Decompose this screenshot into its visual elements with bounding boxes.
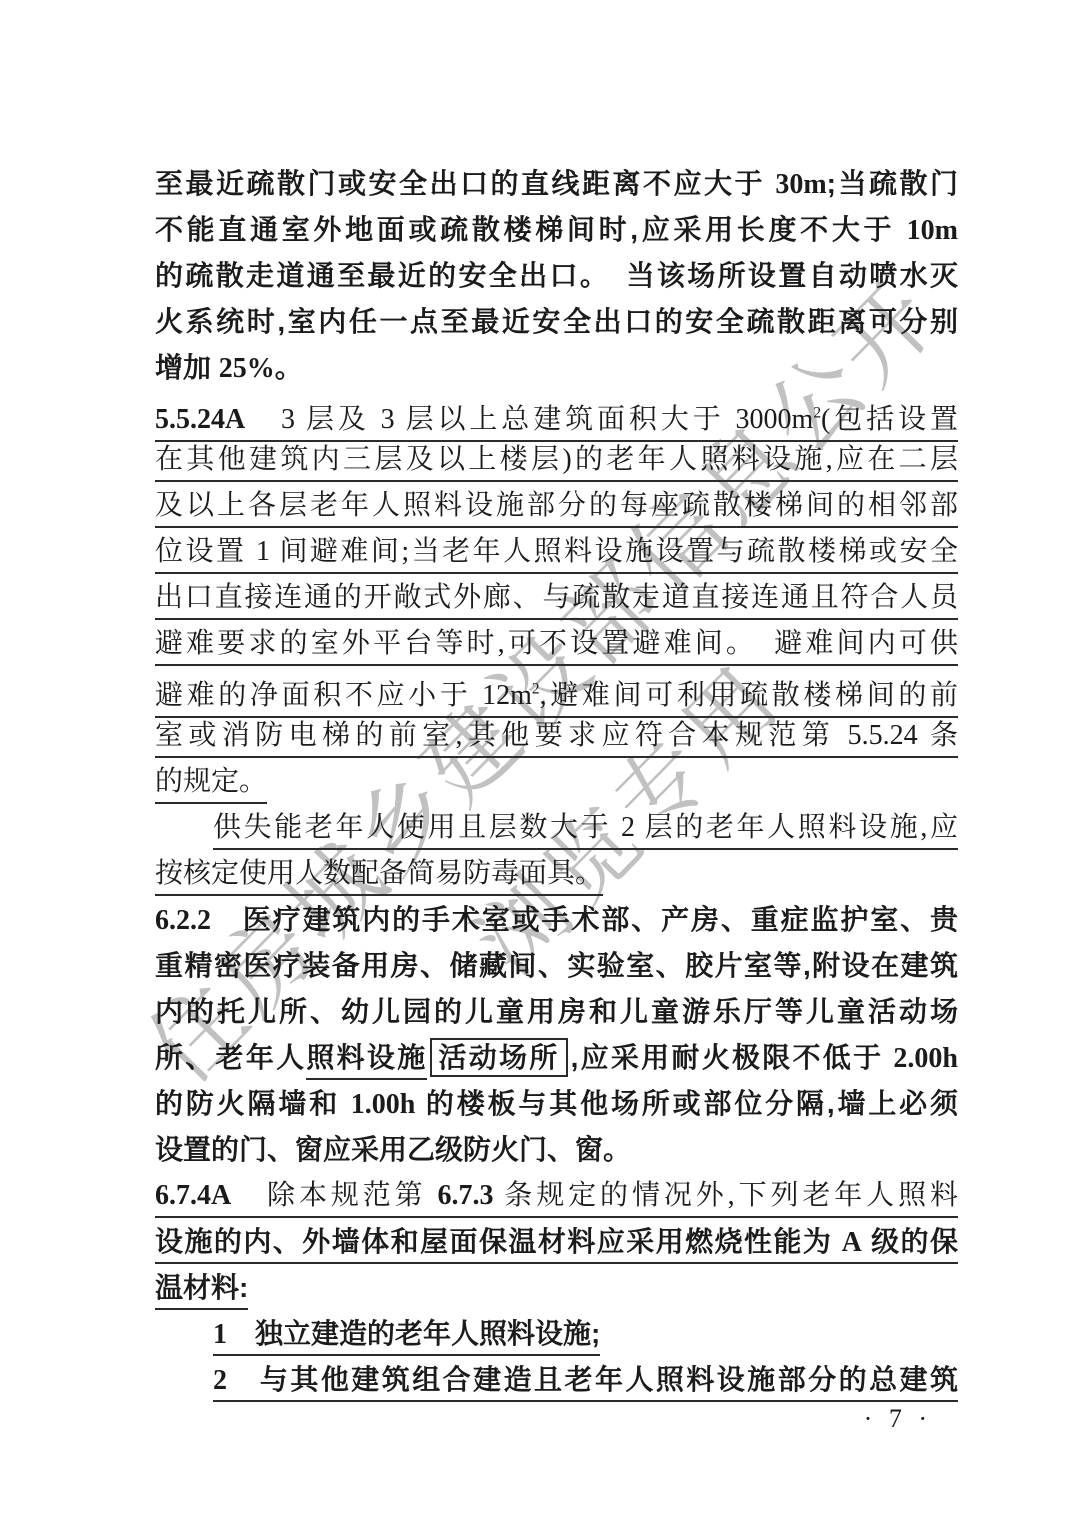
text-line: 重精密医疗装备用房、储藏间、实验室、胶片室等,附设在建筑	[155, 943, 958, 989]
text-run: ,避难间可利用疏散楼梯间的前	[540, 680, 958, 711]
text-run: 设置的门、窗应采用乙级防火门、窗。	[155, 1134, 631, 1165]
text-line: 温材料:	[155, 1265, 958, 1311]
text-run: 至最近疏散门或安全出口的直线距离不应大于	[155, 168, 775, 199]
text-run: 避难要求的室外平台等时,可不设置避难间。 避难间内可供	[155, 628, 958, 659]
text-run: 在其他建筑内三层及以上楼层)的老年人照料设施,应在二层	[155, 444, 958, 475]
text-run: 重精密医疗装备用房、储藏间、实验室、胶片室等,附设在建筑	[155, 950, 958, 981]
bold-number: 6.2.2	[155, 905, 211, 936]
bold-number: 2.00h	[893, 1043, 958, 1074]
text-run: 与其他建筑组合建造且老年人照料设施部分的总建筑	[227, 1364, 958, 1395]
text-line: 在其他建筑内三层及以上楼层)的老年人照料设施,应在二层	[155, 437, 958, 483]
text-run: 设施的内、外墙体和屋面保温材料应采用燃烧性能为	[155, 1226, 842, 1257]
bold-number: A	[842, 1227, 862, 1258]
text-line-content: 6.7.4A 除本规范第 6.7.3 条规定的情况外,下列老年人照料	[155, 1180, 958, 1218]
text-line-content: 的防火隔墙和 1.00h 的楼板与其他场所或部位分隔,墙上必须	[155, 1088, 958, 1119]
text-line: 的疏散走道通至最近的安全出口。 当该场所设置自动喷水灭	[155, 253, 958, 299]
bold-number: 1.00h	[351, 1089, 416, 1120]
text-run: 出口直接连通的开敞式外廊、与疏散走道直接连通且符合人员	[155, 582, 958, 613]
text-line-content: 6.2.2 医疗建筑内的手术室或手术部、产房、重症监护室、贵	[155, 904, 958, 935]
text-run: 及以上各层老年人照料设施部分的每座疏散楼梯间的相邻部	[155, 490, 958, 521]
text-line: 2 与其他建筑组合建造且老年人照料设施部分的总建筑	[155, 1357, 958, 1403]
text-line: 增加 25%。	[155, 345, 958, 391]
text-line: 火系统时,室内任一点至最近安全出口的安全疏散距离可分别	[155, 299, 958, 345]
text-line: 设置的门、窗应采用乙级防火门、窗。	[155, 1127, 958, 1173]
text-run: 位设置 1 间避难间;当老年人照料设施设置与疏散楼梯或安全	[155, 536, 958, 567]
text-line: 避难的净面积不应小于 12m2,避难间可利用疏散楼梯间的前	[155, 667, 958, 713]
text-run: 室或消防电梯的前室,其他要求应符合本规范第 5.5.24 条	[155, 720, 958, 751]
bold-number: 1	[213, 1319, 227, 1350]
text-run: 按核定使用人数配备简易防毒面具。	[155, 858, 603, 889]
text-line-content: 重精密医疗装备用房、储藏间、实验室、胶片室等,附设在建筑	[155, 950, 958, 981]
text-line-content: 2 与其他建筑组合建造且老年人照料设施部分的总建筑	[213, 1364, 958, 1402]
text-line-content: 及以上各层老年人照料设施部分的每座疏散楼梯间的相邻部	[155, 490, 958, 528]
text-line-content: 火系统时,室内任一点至最近安全出口的安全疏散距离可分别	[155, 306, 958, 337]
text-line-content: 位设置 1 间避难间;当老年人照料设施设置与疏散楼梯或安全	[155, 536, 958, 574]
text-line-content: 温材料:	[155, 1272, 248, 1310]
text-line: 至最近疏散门或安全出口的直线距离不应大于 30m;当疏散门	[155, 161, 958, 207]
text-line: 的规定。	[155, 759, 958, 805]
text-line-content: 的规定。	[155, 766, 267, 804]
text-run: ;当疏散门	[827, 168, 958, 199]
text-line: 所、老年人照料设施活动场所,应采用耐火极限不低于 2.00h	[155, 1035, 958, 1081]
text-run: 避难的净面积不应小于 12m	[155, 680, 532, 711]
text-line: 内的托儿所、幼儿园的儿童用房和儿童游乐厅等儿童活动场	[155, 989, 958, 1035]
text-line-content: 内的托儿所、幼儿园的儿童用房和儿童游乐厅等儿童活动场	[155, 996, 958, 1027]
text-line: 供失能老年人使用且层数大于 2 层的老年人照料设施,应	[155, 805, 958, 851]
text-run: 医疗建筑内的手术室或手术部、产房、重症监护室、贵	[211, 904, 958, 935]
bold-number: 10m	[907, 215, 958, 246]
bold-number: 2	[213, 1365, 227, 1396]
text-run: 的防火隔墙和	[155, 1088, 351, 1119]
text-line: 6.7.4A 除本规范第 6.7.3 条规定的情况外,下列老年人照料	[155, 1173, 958, 1219]
text-line: 设施的内、外墙体和屋面保温材料应采用燃烧性能为 A 级的保	[155, 1219, 958, 1265]
text-run: 的疏散走道通至最近的安全出口。 当该场所设置自动喷水灭	[155, 260, 958, 291]
bold-number: 30m	[775, 169, 826, 200]
text-run: 供失能老年人使用且层数大于 2 层的老年人照料设施,应	[213, 812, 958, 843]
text-line: 不能直通室外地面或疏散楼梯间时,应采用长度不大于 10m	[155, 207, 958, 253]
text-line: 及以上各层老年人照料设施部分的每座疏散楼梯间的相邻部	[155, 483, 958, 529]
text-line: 室或消防电梯的前室,其他要求应符合本规范第 5.5.24 条	[155, 713, 958, 759]
superscript-text: 2	[813, 405, 821, 422]
text-run: 温材料:	[155, 1272, 248, 1303]
text-run: ,应采用耐火极限不低于	[571, 1042, 894, 1073]
text-line-content: 设施的内、外墙体和屋面保温材料应采用燃烧性能为 A 级的保	[155, 1226, 958, 1264]
text-run: 不能直通室外地面或疏散楼梯间时,应采用长度不大于	[155, 214, 907, 245]
boxed-text: 活动场所	[430, 1038, 567, 1077]
text-line-content: 设置的门、窗应采用乙级防火门、窗。	[155, 1134, 631, 1165]
text-run: 除本规范第	[231, 1180, 437, 1211]
text-line-content: 1 独立建造的老年人照料设施;	[213, 1318, 600, 1356]
page-number: · 7 ·	[864, 1404, 932, 1434]
text-line-content: 室或消防电梯的前室,其他要求应符合本规范第 5.5.24 条	[155, 720, 958, 758]
text-line: 避难要求的室外平台等时,可不设置避难间。 避难间内可供	[155, 621, 958, 667]
text-run: 级的保	[862, 1226, 958, 1257]
bold-number: 6.7.3	[437, 1180, 493, 1211]
text-line: 位设置 1 间避难间;当老年人照料设施设置与疏散楼梯或安全	[155, 529, 958, 575]
text-line: 的防火隔墙和 1.00h 的楼板与其他场所或部位分隔,墙上必须	[155, 1081, 958, 1127]
text-line: 按核定使用人数配备简易防毒面具。	[155, 851, 958, 897]
text-run: 条规定的情况外,下列老年人照料	[493, 1180, 958, 1211]
superscript-text: 2	[532, 681, 540, 698]
text-run: 独立建造的老年人照料设施;	[227, 1318, 600, 1349]
text-line-content: 按核定使用人数配备简易防毒面具。	[155, 858, 603, 896]
document-content: 至最近疏散门或安全出口的直线距离不应大于 30m;当疏散门不能直通室外地面或疏散…	[155, 161, 958, 1403]
text-run: 内的托儿所、幼儿园的儿童用房和儿童游乐厅等儿童活动场	[155, 996, 958, 1027]
text-run: 的规定。	[155, 766, 267, 797]
text-line: 6.2.2 医疗建筑内的手术室或手术部、产房、重症监护室、贵	[155, 897, 958, 943]
text-line-content: 不能直通室外地面或疏散楼梯间时,应采用长度不大于 10m	[155, 214, 958, 245]
bold-number: 25%	[219, 353, 275, 384]
text-line-content: 避难要求的室外平台等时,可不设置避难间。 避难间内可供	[155, 628, 958, 666]
text-line-content: 的疏散走道通至最近的安全出口。 当该场所设置自动喷水灭	[155, 260, 958, 291]
text-line-content: 增加 25%。	[155, 352, 303, 383]
text-run: 火系统时,室内任一点至最近安全出口的安全疏散距离可分别	[155, 306, 958, 337]
text-line-content: 供失能老年人使用且层数大于 2 层的老年人照料设施,应	[213, 812, 958, 850]
document-page: 住房城乡建设部信息公开 浏览专用 至最近疏散门或安全出口的直线距离不应大于 30…	[0, 0, 1080, 1531]
text-line-content: 在其他建筑内三层及以上楼层)的老年人照料设施,应在二层	[155, 444, 958, 482]
text-run: 3 层及 3 层以上总建筑面积大于 3000m	[245, 404, 813, 435]
text-run: 增加	[155, 352, 219, 383]
bold-number: 5.5.24A	[155, 404, 245, 435]
text-line-content: 所、老年人照料设施活动场所,应采用耐火极限不低于 2.00h	[155, 1042, 958, 1073]
text-run: 。	[275, 352, 303, 383]
text-line-content: 至最近疏散门或安全出口的直线距离不应大于 30m;当疏散门	[155, 168, 958, 199]
text-line: 出口直接连通的开敞式外廊、与疏散走道直接连通且符合人员	[155, 575, 958, 621]
text-run: 的楼板与其他场所或部位分隔,墙上必须	[415, 1088, 958, 1119]
text-line: 5.5.24A 3 层及 3 层以上总建筑面积大于 3000m2(包括设置	[155, 391, 958, 437]
underlined-text: 照料设施	[306, 1042, 427, 1080]
text-line-content: 出口直接连通的开敞式外廊、与疏散走道直接连通且符合人员	[155, 582, 958, 620]
bold-number: 6.7.4A	[155, 1180, 231, 1211]
text-run: 所、老年人	[155, 1042, 306, 1073]
text-run: (包括设置	[821, 404, 958, 435]
text-line: 1 独立建造的老年人照料设施;	[155, 1311, 958, 1357]
